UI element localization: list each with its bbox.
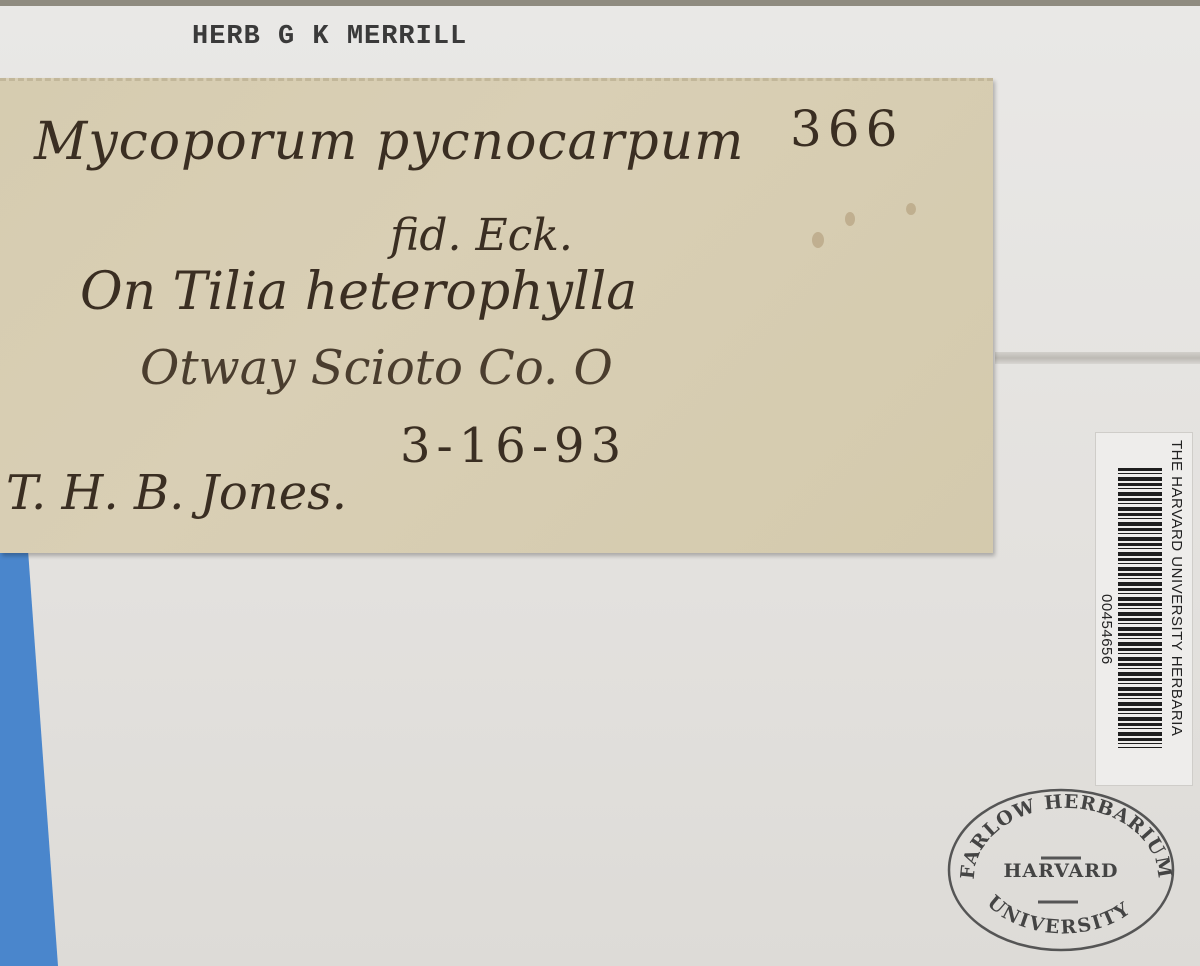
stain-spot	[906, 203, 916, 215]
stamp-bottom-text: UNIVERSITY	[983, 891, 1135, 938]
collection-number: 366	[790, 100, 903, 158]
stain-spot	[845, 212, 855, 226]
collector: T. H. B. Jones.	[6, 465, 347, 521]
determination: fid. Eck.	[390, 210, 573, 261]
taxon-name: Mycoporum pycnocarpum	[34, 112, 744, 172]
packet-fold	[995, 352, 1200, 364]
svg-text:UNIVERSITY: UNIVERSITY	[983, 891, 1135, 938]
locality: Otway Scioto Co. O	[140, 340, 613, 396]
barcode-icon	[1118, 468, 1162, 748]
stain-spot	[812, 232, 824, 248]
herbarium-typed-label: HERB G K MERRILL	[192, 22, 467, 52]
collection-date: 3-16-93	[400, 418, 627, 474]
barcode-number: 00454656	[1098, 594, 1115, 665]
substrate: On Tilia heterophylla	[80, 262, 637, 322]
stamp-center-text: HARVARD	[986, 860, 1136, 882]
barcode-institution: THE HARVARD UNIVERSITY HERBARIA	[1168, 440, 1185, 736]
